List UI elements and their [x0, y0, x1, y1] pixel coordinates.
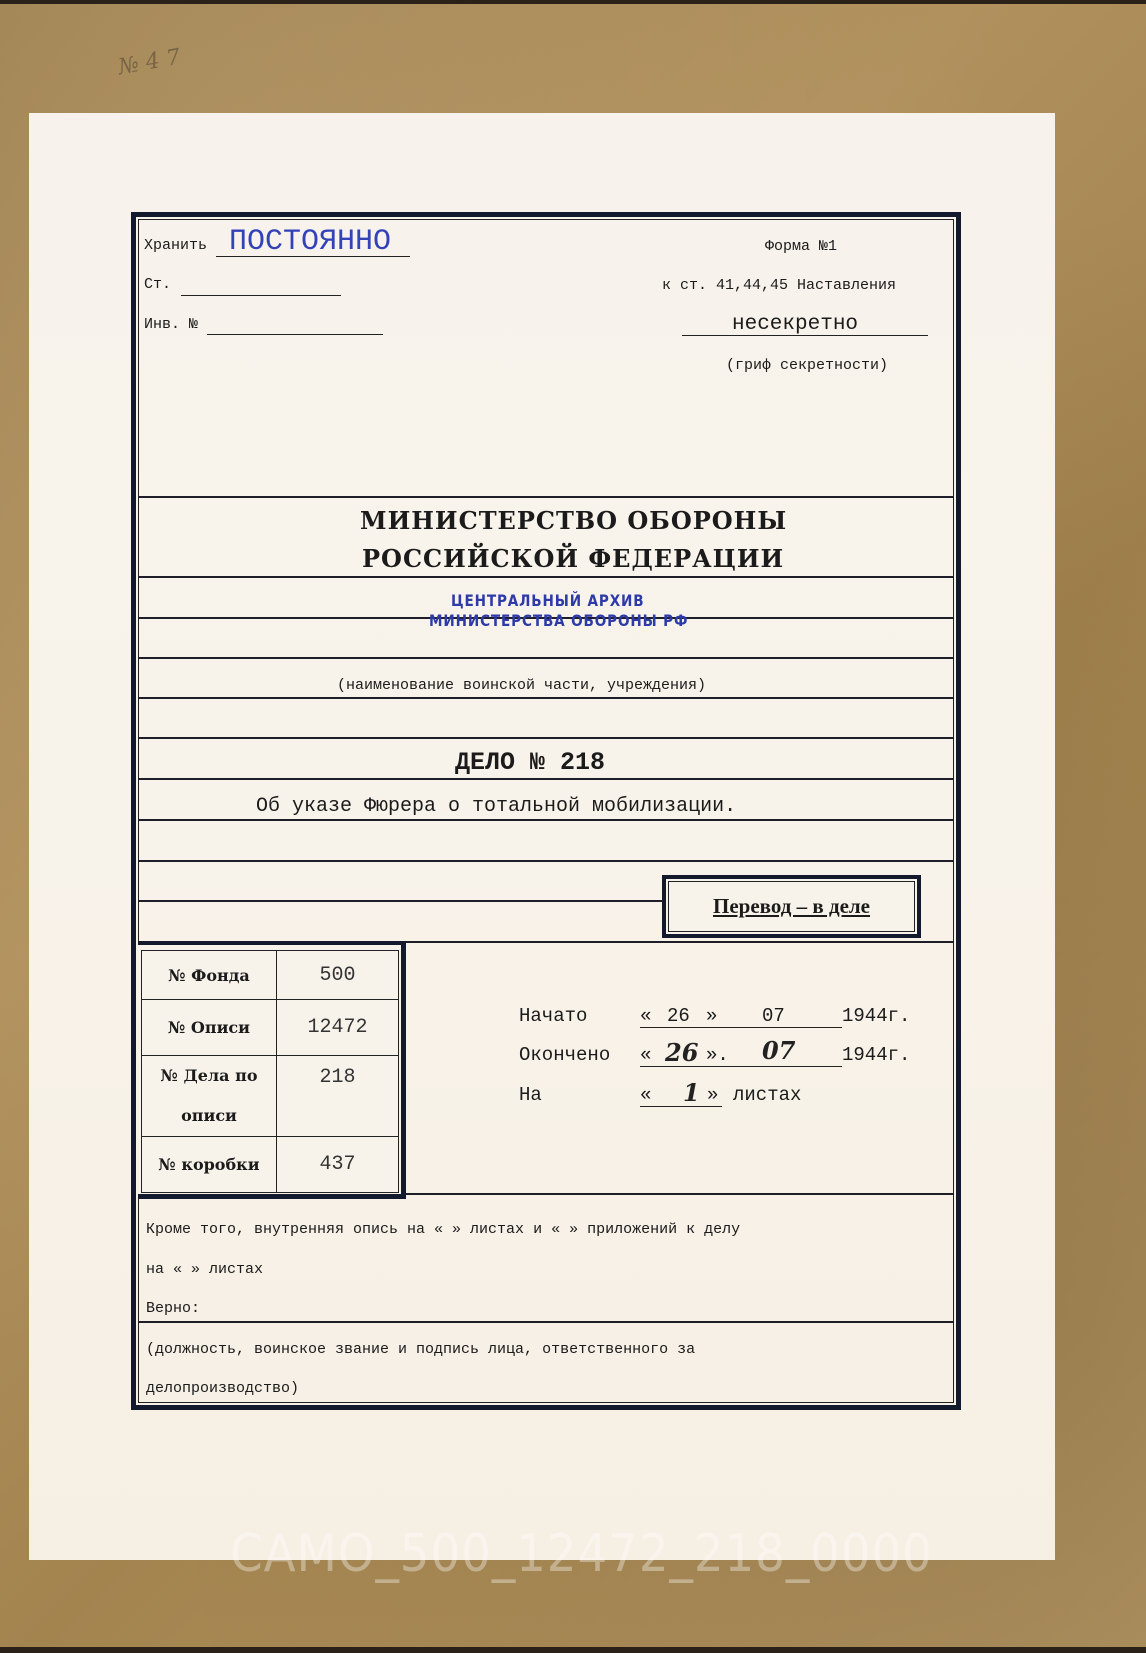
- table-row: № Фонда 500: [142, 951, 399, 1000]
- scan-edge-top: [0, 0, 1146, 4]
- rule: [406, 1193, 954, 1195]
- delo-label-line-2: описи: [142, 1096, 276, 1136]
- inv-label: Инв. №: [144, 316, 198, 333]
- index-table: № Фонда 500 № Описи 12472 № Дела по опис…: [141, 950, 399, 1193]
- translation-box: Перевод – в деле: [668, 881, 915, 932]
- responsible-caption-line-2: делопроизводство): [146, 1380, 299, 1397]
- scan-edge-bottom: [0, 1647, 1146, 1653]
- rule: [138, 657, 954, 659]
- rule: [138, 819, 954, 821]
- fond-label: № Фонда: [142, 951, 277, 1000]
- rule: [138, 860, 954, 862]
- ended-day-handwritten: 26: [665, 1038, 698, 1067]
- started-close-quote: »: [706, 1005, 717, 1027]
- rule: [138, 737, 954, 739]
- inventory-sheets-line: на « » листах: [146, 1261, 263, 1278]
- ended-month-handwritten: 07: [762, 1036, 795, 1065]
- case-title: ДЕЛО № 218: [455, 748, 605, 777]
- table-row: № Описи 12472: [142, 1000, 399, 1056]
- translation-note: Перевод – в деле: [713, 894, 870, 919]
- keep-value-stamp: ПОСТОЯННО: [229, 225, 391, 259]
- st-label: Ст.: [144, 276, 171, 293]
- ended-underline: [640, 1066, 842, 1067]
- rule: [138, 900, 662, 902]
- rule: [406, 941, 954, 943]
- sheets-suffix: листах: [733, 1084, 801, 1106]
- keep-underline: [216, 256, 410, 257]
- form-reference: к ст. 41,44,45 Наставления: [662, 277, 896, 294]
- sheets-count-handwritten: 1: [683, 1078, 700, 1107]
- ended-year: 1944г.: [842, 1044, 910, 1066]
- organization-caption: (наименование воинской части, учреждения…: [337, 677, 706, 694]
- delo-label-line-1: № Дела по: [142, 1056, 276, 1096]
- sheets-open-quote: «: [640, 1084, 651, 1106]
- ministry-line-2: РОССИЙСКОЙ ФЕДЕРАЦИИ: [362, 544, 784, 573]
- sheets-close-quote: »: [707, 1084, 718, 1106]
- started-underline: [640, 1027, 842, 1028]
- ended-open-quote: «: [640, 1044, 651, 1066]
- st-underline: [181, 295, 341, 296]
- started-day: 26: [667, 1005, 690, 1027]
- sheets-label: На: [519, 1084, 542, 1106]
- ministry-line-1: МИНИСТЕРСТВО ОБОРОНЫ: [360, 506, 787, 535]
- keep-label: Хранить: [144, 237, 207, 254]
- secrecy-underline: [682, 335, 928, 336]
- started-label: Начато: [519, 1005, 587, 1027]
- archive-stamp-line-1: ЦЕНТРАЛЬНЫЙ АРХИВ: [451, 591, 644, 610]
- box-value: 437: [277, 1137, 399, 1193]
- table-row: № коробки 437: [142, 1137, 399, 1193]
- responsible-caption-line-1: (должность, воинское звание и подпись ли…: [146, 1341, 695, 1358]
- started-month: 07: [762, 1005, 785, 1027]
- form-number: Форма №1: [765, 238, 837, 255]
- rule: [138, 576, 954, 578]
- rule: [138, 697, 954, 699]
- case-subject: Об указе Фюрера о тотальной мобилизации.: [256, 795, 736, 818]
- delo-label: № Дела по описи: [142, 1056, 277, 1137]
- opis-value: 12472: [277, 1000, 399, 1056]
- ended-close-quote: ».: [706, 1044, 729, 1066]
- box-label: № коробки: [142, 1137, 277, 1193]
- delo-value: 218: [277, 1056, 399, 1137]
- sheets-underline: [640, 1106, 722, 1107]
- rule: [138, 1321, 954, 1323]
- opis-label: № Описи: [142, 1000, 277, 1056]
- started-open-quote: «: [640, 1005, 651, 1027]
- archive-watermark: САМО_500_12472_218_0000: [230, 1524, 933, 1584]
- rule: [138, 778, 954, 780]
- inv-underline: [207, 334, 383, 335]
- secrecy-value: несекретно: [732, 313, 858, 336]
- secrecy-caption: (гриф секретности): [726, 357, 888, 374]
- archive-stamp-line-2: МИНИСТЕРСТВА ОБОРОНЫ РФ: [429, 611, 688, 630]
- started-year: 1944г.: [842, 1005, 910, 1027]
- ended-label: Окончено: [519, 1044, 610, 1066]
- inventory-line: Кроме того, внутренняя опись на « » лист…: [146, 1221, 740, 1238]
- table-row: № Дела по описи 218: [142, 1056, 399, 1137]
- verified-label: Верно:: [146, 1300, 200, 1317]
- fond-value: 500: [277, 951, 399, 1000]
- rule: [138, 496, 954, 498]
